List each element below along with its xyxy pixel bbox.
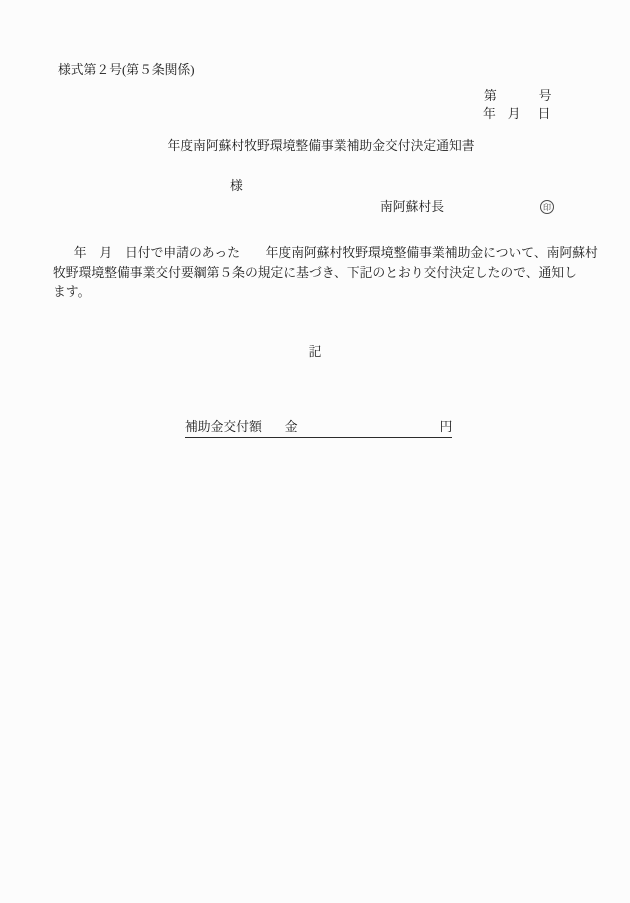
doc-number-line: 第号	[484, 88, 552, 104]
record-heading: 記	[0, 344, 630, 360]
doc-number-blank	[497, 99, 539, 100]
seal-icon: 印	[540, 200, 554, 214]
document-title: 年度南阿蘇村牧野環境整備事業補助金交付決定通知書	[0, 138, 630, 154]
document-page: 様式第２号(第５条関係) 第号 年月日 年度南阿蘇村牧野環境整備事業補助金交付決…	[0, 0, 630, 903]
body-paragraph: 年 月 日付で申請のあった 年度南阿蘇村牧野環境整備事業補助金について、南阿蘇村…	[53, 244, 598, 303]
sender-name: 南阿蘇村長	[380, 199, 444, 215]
form-number: 様式第２号(第５条関係)	[58, 62, 195, 78]
date-month-label: 月	[508, 107, 521, 121]
date-year-label: 年	[483, 107, 496, 121]
amount-label-gap	[262, 433, 285, 434]
date-year-blank	[496, 117, 508, 118]
amount-prefix: 金	[285, 420, 298, 434]
amount-suffix: 円	[440, 420, 453, 434]
body-line: 年 月 日付で申請のあった 年度南阿蘇村牧野環境整備事業補助金について、南阿蘇村	[53, 244, 598, 264]
doc-number-prefix: 第	[484, 89, 497, 103]
date-day-label: 日	[538, 107, 551, 121]
doc-number-suffix: 号	[539, 89, 552, 103]
amount-blank-field	[298, 433, 440, 434]
addressee-honorific: 様	[230, 178, 243, 194]
subsidy-amount-line: 補助金交付額金円	[185, 420, 452, 438]
body-line: ます。	[53, 283, 598, 303]
date-month-blank	[521, 117, 538, 118]
date-line: 年月日	[483, 106, 550, 122]
body-line: 牧野環境整備事業交付要綱第５条の規定に基づき、下記のとおり交付決定したので、通知…	[53, 264, 598, 284]
subsidy-amount-label: 補助金交付額	[185, 420, 262, 434]
